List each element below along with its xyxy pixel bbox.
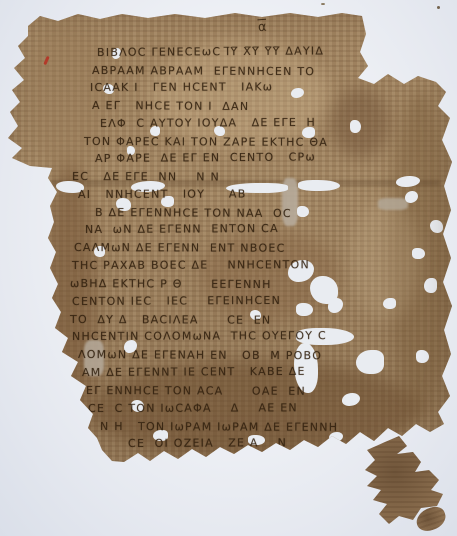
text-line-4: Α ΕΓ ΝΗCΕ ΤΟΝ Ι ΔΑΝ xyxy=(92,99,249,113)
text-line-8: ΕC ΔΕ ΕΓΕ ΝΝ Ν Ν xyxy=(72,170,220,184)
speck xyxy=(321,3,325,5)
text-line-22: Ν Η ΤΟΝ ΙωΡΑΜ ΙωΡΑΜ ΔΕ ΕΓΕΝΝΗ xyxy=(100,420,338,434)
text-line-14: ωΒΗΔ ΕΚΤΗC Ρ Θ ΕΕΓΕΝΝΗ xyxy=(70,277,272,291)
text-line-1: ΒΙΒΛΟC ΓΕΝΕCΕωC Ι̅Υ̅ Χ̅Υ̅ Υ̅Υ̅ ΔΑΥΙΔ xyxy=(97,44,324,59)
text-line-9: ΑΙ ΝΝΗCΕΝΤ ΙΟΥ ΑΒ xyxy=(78,187,247,201)
text-line-13: ΤΗC ΡΑΧΑΒ ΒΟΕC ΔΕ ΝΝΗCΕΝΤΟΝ xyxy=(72,258,310,272)
text-line-10: Β ΔΕ ΕΓΕΝΝΗCΕ ΤΟΝ ΝΑΑ ΟC xyxy=(95,206,292,220)
page-number: α xyxy=(257,20,267,36)
papyrus-photograph: ΒΙΒΛΟC ΓΕΝΕCΕωC Ι̅Υ̅ Χ̅Υ̅ Υ̅Υ̅ ΔΑΥΙΔΑΒΡΑ… xyxy=(0,0,457,536)
speck xyxy=(437,6,440,9)
text-line-20: ΕΓ ΕΝΝΗCΕ ΤΟΝ ΑCΑ ΟΑΕ ΕΝ xyxy=(86,384,306,398)
text-line-16: ΤΟ ΔΥ Δ ΒΑCΙΛΕΑ CΕ ΕΝ xyxy=(70,313,271,327)
text-line-11: ΝΑ ωΝ ΔΕ ΕΓΕΝΝ ΕΝΤΟΝ CΑ xyxy=(85,222,279,236)
text-line-18: ΛΟΜωΝ ΔΕ ΕΓΕΝΑΗ ΕΝ ΟΒ Μ ΡΟΒΟ xyxy=(78,348,322,362)
text-line-21: CΕ C ΤΟΝ ΙωCΑΦΑ Δ ΑΕ ΕΝ xyxy=(88,401,298,415)
text-line-12: CΑΛΜωΝ ΔΕ ΕΓΕΝΝ ΕΝΤ ΝΒΟΕC xyxy=(74,241,286,255)
text-line-17: ΝΗCΕΝΤΙΝ CΟΛΟΜωΝΑ ΤΗC ΟΥΕΓΟΥ C xyxy=(72,329,327,343)
text-line-7: ΑΡ ΦΑΡΕ ΔΕ ΕΓ ΕΝ CΕΝΤΟ CΡω xyxy=(95,150,316,165)
text-line-6: ΤΟΝ ΦΑΡΕC ΚΑΙ ΤΟΝ ΖΑΡΕ ΕΚΤΗC ΘΑ xyxy=(84,135,328,149)
text-line-19: ΑΜ ΔΕ ΕΓΕΝΝΤ ΙΕ CΕΝΤ ΚΑΒΕ ΔΕ xyxy=(82,365,306,379)
text-line-15: CΕΝΤΟΝ ΙΕC ΙΕC ΕΓΕΙΝΗCΕΝ xyxy=(72,294,281,308)
text-line-5: ΕΛΦ C ΑΥΤΟΥ ΙΟΥΔΑ ΔΕ ΕΓΕ Η xyxy=(100,116,316,130)
text-line-23: CΕ ΟΙ ΟΖΕΙΑ ΖΕ Α Ν xyxy=(128,436,287,450)
text-line-2: ΑΒΡΑΑΜ ΑΒΡΑΑΜ ΕΓΕΝΝΗCΕΝ ΤΟ xyxy=(92,64,315,78)
text-line-3: ΙCΑΑΚ Ι ΓΕΝ ΗCΕΝΤ ΙΑΚω xyxy=(90,80,273,94)
